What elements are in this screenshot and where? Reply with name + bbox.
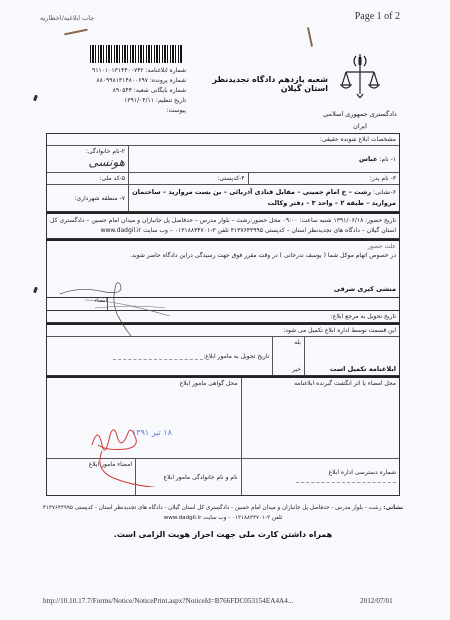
municipal-district-field: ۷- منطقه شهرداری: xyxy=(47,185,128,211)
recipient-sign-area: محل امضاء یا اثر انگشت گیرنده ابلاغنامه xyxy=(241,378,399,458)
first-name-field: ۱- نام: عباس xyxy=(128,146,399,172)
complete-options: بله خیر xyxy=(272,337,304,375)
delivery-to-ref-row: تاریخ تحویل به مرجع ابلاغ: xyxy=(46,311,400,323)
access-number-field: شماره دسترسی اداره ابلاغ xyxy=(241,459,399,495)
recipient-section: مشخصات ابلاغ شونده حقیقی: ۱- نام: عباس ۲… xyxy=(46,133,400,212)
branch-title: شعبه یازدهم دادگاه تجدیدنظر استان گیلان xyxy=(188,75,328,93)
signature-section: محل امضاء یا اثر انگشت گیرنده ابلاغنامه … xyxy=(46,376,400,496)
reason-label: علت حضور xyxy=(47,241,399,252)
notice-meta: شماره ابلاغنامه: ۹۱۱۰۱۰۱۳۱۴۴۰۰۷۴۲ شماره … xyxy=(86,66,186,116)
delivery-to-officer-field: تاریخ تحویل به مامور ابلاغ: xyxy=(47,337,272,375)
officer-signature-field: امضاء مامور ابلاغ xyxy=(47,459,135,495)
last-name-handwritten: هونسی xyxy=(50,155,125,169)
postal-code-field: ۴-کدپستی: xyxy=(128,173,248,184)
meta-case-number: شماره پرونده: ۸۸۰۹۹۸۱۳۱۴۸۰۰۶۹۷ xyxy=(86,76,186,86)
meta-notice-number: شماره ابلاغنامه: ۹۱۱۰۱۰۱۳۱۴۴۰۰۷۴۲ xyxy=(86,66,186,76)
meta-attachment: پیوست: xyxy=(86,106,186,116)
page-indicator: Page 1 of 2 xyxy=(355,11,400,22)
scales-of-justice-emblem-icon xyxy=(340,52,380,98)
appearance-section: تاریخ حضور: ۱۳۹۱/۰۶/۱۸ شنبه ساعت: ۰۹:۰۰ … xyxy=(46,212,400,239)
footer-address: نشانی: رشت - بلوار مدرس - حدفاصل پل جانب… xyxy=(42,503,404,523)
pen-mark xyxy=(33,287,38,294)
address-field: ۶-نشانی: رشت – خ امام خمینی – مقابل قناد… xyxy=(128,185,399,211)
clerk-sign-label: امضاء xyxy=(85,298,108,310)
no-option[interactable]: خیر xyxy=(276,366,301,373)
reason-text: در خصوص اتهام موکل شما ( یوسف ندرخانی ) … xyxy=(47,252,399,261)
print-url: http://10.10.17.7/Forms/Notice/NoticePri… xyxy=(43,597,293,605)
clerk-sign-row: امضاء xyxy=(46,298,400,311)
appearance-details: تاریخ حضور: ۱۳۹۱/۰۶/۱۸ شنبه ساعت: ۰۹:۰۰ … xyxy=(47,214,399,238)
father-name-field: ۳- نام پدر: xyxy=(248,173,399,184)
barcode xyxy=(90,45,182,63)
meta-archive-number: شماره بایگانی شعبه: ۸۹۰۵۴۴ xyxy=(86,86,186,96)
print-date: 2012/07/01 xyxy=(360,597,393,605)
last-name-field: ۲-نام خانوادگی: هونسی xyxy=(47,146,128,172)
delivery-to-ref-label: تاریخ تحویل به مرجع ابلاغ: xyxy=(47,311,399,322)
meta-issue-date: تاریخ تنظیم: ۱۳۹۱/۰۴/۱۱ xyxy=(86,96,186,106)
id-requirement-notice: همراه داشتن کارت ملی جهت احراز هویت الزا… xyxy=(42,530,404,539)
office-section-label: این قسمت توسط اداره ابلاغ تکمیل می شود: xyxy=(280,325,399,336)
section-title: مشخصات ابلاغ شونده حقیقی: xyxy=(47,134,399,145)
clerk-name: منشی کبری شرقی xyxy=(331,283,399,295)
officer-certification-area: محل گواهی مامور ابلاغ xyxy=(47,378,241,458)
reason-section: علت حضور در خصوص اتهام موکل شما ( یوسف ن… xyxy=(46,239,400,298)
staple-mark xyxy=(64,29,88,36)
judiciary-label: دادگستری جمهوری اسلامی ایران xyxy=(320,108,400,132)
pen-mark xyxy=(33,95,38,102)
notice-complete-label: ابلاغنامه تکمیل است xyxy=(304,337,399,375)
yes-option[interactable]: بله xyxy=(276,339,301,346)
national-id-field: ۵-کد ملی: xyxy=(47,173,128,184)
copy-label: جاب ابلاغیه/اخطاریه xyxy=(40,14,94,22)
notice-form: مشخصات ابلاغ شونده حقیقی: ۱- نام: عباس ۲… xyxy=(46,133,400,496)
stamp-date: ۱۸ تیر ۱۳۹۱ xyxy=(132,428,172,437)
staple-mark xyxy=(307,27,313,47)
officer-name-field: نام و نام خانوادگی مامور ابلاغ xyxy=(135,459,241,495)
office-section: این قسمت توسط اداره ابلاغ تکمیل می شود: … xyxy=(46,323,400,376)
